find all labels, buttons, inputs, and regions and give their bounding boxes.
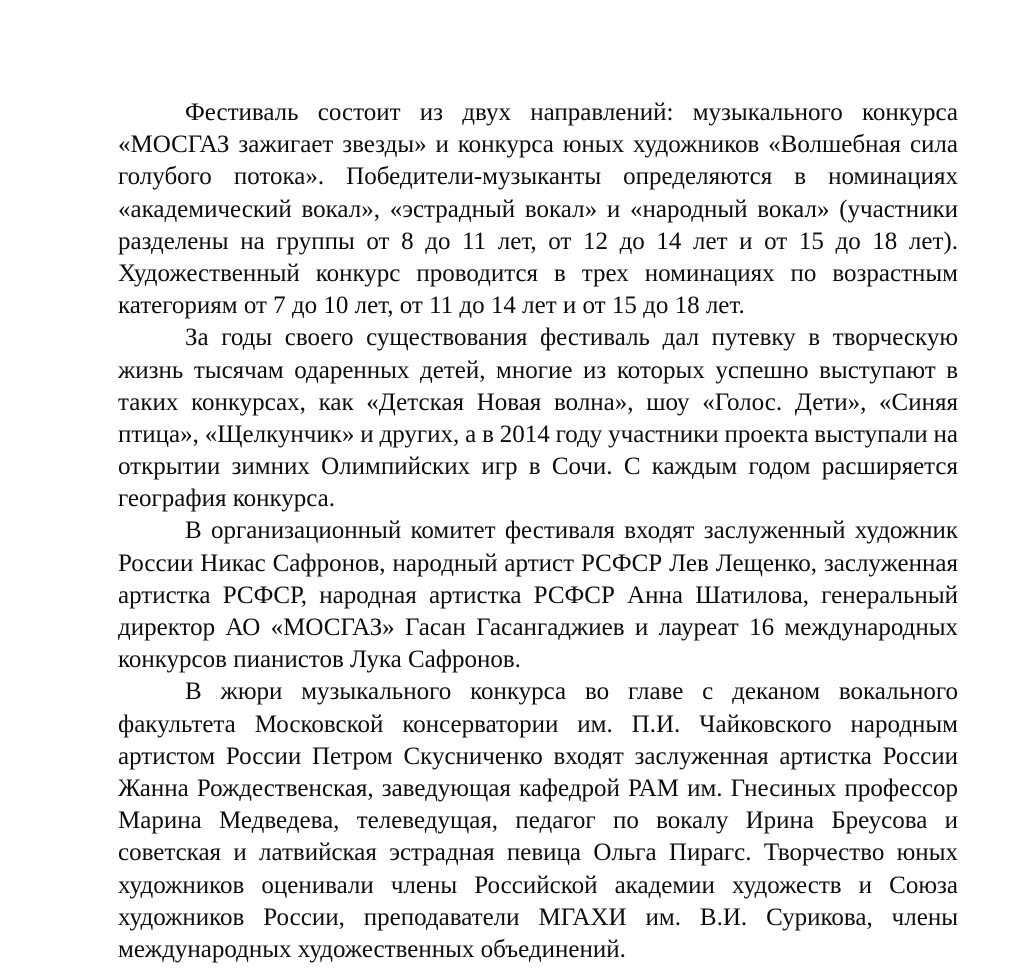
- text-line: международных художественных объединений…: [118, 934, 958, 966]
- text-line: «академический вокал», «эстрадный вокал»…: [118, 194, 958, 226]
- text-line: жизнь тысячам одаренных детей, многие из…: [118, 355, 958, 387]
- document-page: Фестиваль состоит из двух направлений: м…: [0, 0, 1024, 972]
- text-line: география конкурса.: [118, 483, 958, 515]
- text-line: категориям от 7 до 10 лет, от 11 до 14 л…: [118, 290, 958, 322]
- text-line: артистка РСФСР, народная артистка РСФСР …: [118, 580, 958, 612]
- text-line: В жюри музыкального конкурса во главе с …: [118, 676, 958, 708]
- text-line: птица», «Щелкунчик» и других, а в 2014 г…: [118, 419, 958, 451]
- text-line: художников России, преподаватели МГАХИ и…: [118, 902, 958, 934]
- text-line: «МОСГАЗ зажигает звезды» и конкурса юных…: [118, 129, 958, 161]
- text-line: Марина Медведева, телеведущая, педагог п…: [118, 805, 958, 837]
- paragraph: В организационный комитет фестиваля вход…: [118, 515, 958, 676]
- text-line: таких конкурсах, как «Детская Новая волн…: [118, 387, 958, 419]
- text-line: директор АО «МОСГАЗ» Гасан Гасангаджиев …: [118, 612, 958, 644]
- text-line: голубого потока». Победители-музыканты о…: [118, 161, 958, 193]
- text-line: Художественный конкурс проводится в трех…: [118, 258, 958, 290]
- text-line: В организационный комитет фестиваля вход…: [118, 515, 958, 547]
- text-line: За годы своего существования фестиваль д…: [118, 322, 958, 354]
- text-line: художников оценивали члены Российской ак…: [118, 870, 958, 902]
- text-line: Фестиваль состоит из двух направлений: м…: [118, 97, 958, 129]
- paragraph: Фестиваль состоит из двух направлений: м…: [118, 97, 958, 322]
- text-line: конкурсов пианистов Лука Сафронов.: [118, 644, 958, 676]
- text-line: Жанна Рождественская, заведующая кафедро…: [118, 773, 958, 805]
- text-line: факультета Московской консерватории им. …: [118, 709, 958, 741]
- text-line: России Никас Сафронов, народный артист Р…: [118, 548, 958, 580]
- text-line: открытии зимних Олимпийских игр в Сочи. …: [118, 451, 958, 483]
- paragraph: За годы своего существования фестиваль д…: [118, 322, 958, 515]
- paragraph: В жюри музыкального конкурса во главе с …: [118, 676, 958, 966]
- document-text: Фестиваль состоит из двух направлений: м…: [118, 97, 958, 966]
- text-line: разделены на группы от 8 до 11 лет, от 1…: [118, 226, 958, 258]
- text-line: артистом России Петром Скусниченко входя…: [118, 741, 958, 773]
- text-line: советская и латвийская эстрадная певица …: [118, 837, 958, 869]
